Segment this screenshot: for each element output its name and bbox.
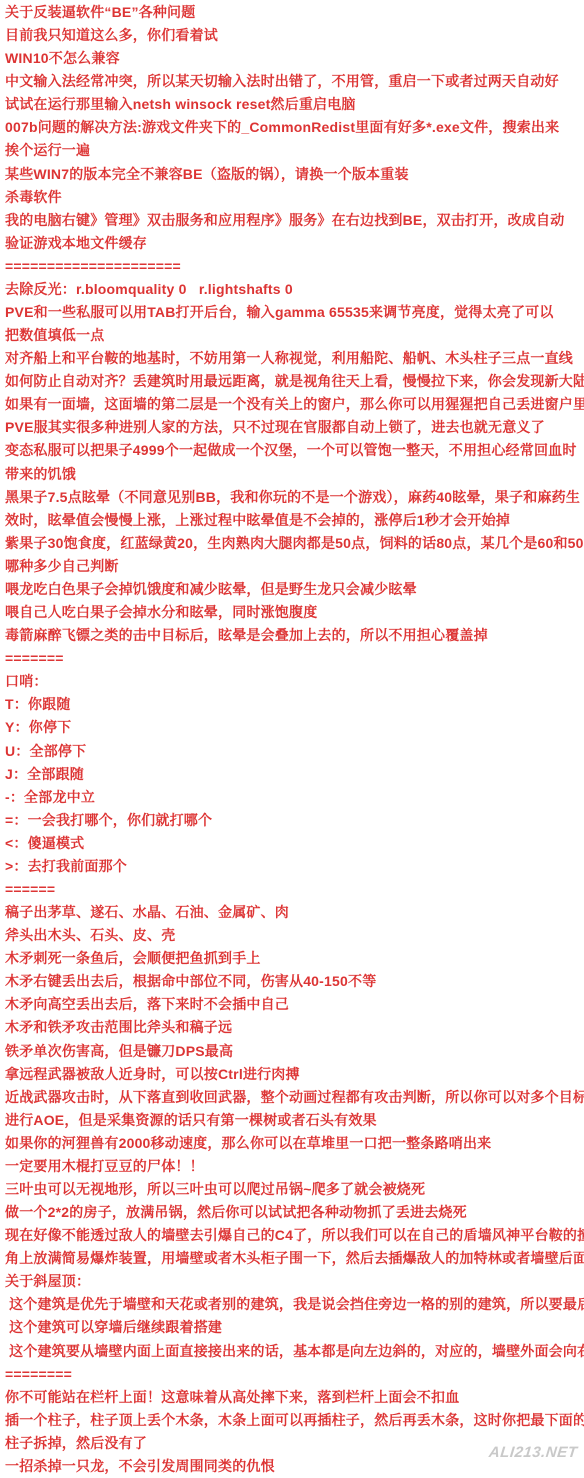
text-line: ====== [5, 878, 584, 901]
text-line: 挨个运行一遍 [5, 139, 584, 162]
text-line: 拿远程武器被敌人近身时，可以按Ctrl进行肉搏 [5, 1063, 584, 1086]
ali213-watermark: ALI213.NET [488, 1444, 578, 1461]
text-line: <：傻逼模式 [5, 832, 584, 855]
text-line: U：全部停下 [5, 740, 584, 763]
text-line: 关于反装逼软件“BE”各种问题 [5, 1, 584, 24]
text-line: PVE服其实很多种进别人家的方法，只不过现在官服都自动上锁了，进去也就无意义了 [5, 416, 584, 439]
text-line: 变态私服可以把果子4999个一起做成一个汉堡，一个可以管饱一整天，不用担心经常回… [5, 439, 584, 462]
text-line: 木矛和铁矛攻击范围比斧头和稿子远 [5, 1016, 584, 1039]
text-line: 关于斜屋顶： [5, 1270, 584, 1293]
text-line: 黑果子7.5点眩晕（不同意见别BB，我和你玩的不是一个游戏），麻药40眩晕，果子… [5, 486, 584, 509]
text-line: 木矛右键丢出去后，根据命中部位不同，伤害从40-150不等 [5, 970, 584, 993]
text-line: 007b问题的解决方法:游戏文件夹下的_CommonRedist里面有好多*.e… [5, 116, 584, 139]
text-line: 杀毒软件 [5, 186, 584, 209]
text-line: 目前我只知道这么多，你们看着试 [5, 24, 584, 47]
text-line: 喂自己人吃白果子会掉水分和眩晕，同时涨饱腹度 [5, 601, 584, 624]
text-line: 去除反光：r.bloomquality 0 r.lightshafts 0 [5, 278, 584, 301]
text-line: 稿子出茅草、遂石、水晶、石油、金属矿、肉 [5, 901, 584, 924]
text-line: 进行AOE，但是采集资源的话只有第一棵树或者石头有效果 [5, 1109, 584, 1132]
text-line: ===================== [5, 255, 584, 278]
text-line: ======== [5, 1363, 584, 1386]
text-line: 铁矛单次伤害高，但是镰刀DPS最高 [5, 1040, 584, 1063]
text-lines: 关于反装逼软件“BE”各种问题目前我只知道这么多，你们看着试WIN10不怎么兼容… [5, 1, 584, 1478]
text-line: 哪种多少自己判断 [5, 555, 584, 578]
text-line: 现在好像不能透过敌人的墙壁去引爆自己的C4了，所以我们可以在自己的盾墙风神平台鞍… [5, 1224, 584, 1247]
text-line: 做一个2*2的房子，放满吊锅，然后你可以试试把各种动物抓了丢进去烧死 [5, 1201, 584, 1224]
text-line: J：全部跟随 [5, 763, 584, 786]
text-line: 角上放满简易爆炸装置，用墙壁或者木头柜子围一下，然后去插爆敌人的加特林或者墙壁后… [5, 1247, 584, 1270]
text-line: T：你跟随 [5, 693, 584, 716]
text-line: 一定要用木棍打豆豆的尸体！！ [5, 1155, 584, 1178]
text-line: 你不可能站在栏杆上面！这意味着从高处摔下来，落到栏杆上面会不扣血 [5, 1386, 584, 1409]
text-line: 中文输入法经常冲突，所以某天切输入法时出错了，不用管，重启一下或者过两天自动好 [5, 70, 584, 93]
text-line: 试试在运行那里输入netsh winsock reset然后重启电脑 [5, 93, 584, 116]
text-line: 紫果子30饱食度，红蓝绿黄20，生肉熟肉大腿肉都是50点，饲料的话80点，某几个… [5, 532, 584, 555]
text-line: 对齐船上和平台鞍的地基时，不妨用第一人称视觉，利用船陀、船帆、木头柱子三点一直线 [5, 347, 584, 370]
text-line: =：一会我打哪个，你们就打哪个 [5, 809, 584, 832]
text-line: 三叶虫可以无视地形，所以三叶虫可以爬过吊锅~爬多了就会被烧死 [5, 1178, 584, 1201]
text-line: 口哨： [5, 670, 584, 693]
text-line: 如果有一面墙，这面墙的第二层是一个没有关上的窗户，那么你可以用猩猩把自己丢进窗户… [5, 393, 584, 416]
text-line: PVE和一些私服可以用TAB打开后台，输入gamma 65535来调节亮度，觉得… [5, 301, 584, 324]
guide-document: 关于反装逼软件“BE”各种问题目前我只知道这么多，你们看着试WIN10不怎么兼容… [5, 1, 584, 1478]
text-line: 这个建筑可以穿墙后继续跟着搭建 [5, 1316, 584, 1339]
text-line: WIN10不怎么兼容 [5, 47, 584, 70]
text-line: >：去打我前面那个 [5, 855, 584, 878]
text-line: 毒箭麻醉飞镖之类的击中目标后，眩晕是会叠加上去的，所以不用担心覆盖掉 [5, 624, 584, 647]
text-line: 这个建筑要从墙壁内面上面直接接出来的话，基本都是向左边斜的，对应的，墙壁外面会向… [5, 1340, 584, 1363]
text-line: 木矛刺死一条鱼后，会顺便把鱼抓到手上 [5, 947, 584, 970]
text-line: 木矛向高空丢出去后，落下来时不会插中自己 [5, 993, 584, 1016]
text-line: ======= [5, 647, 584, 670]
text-line: 如果你的河狸兽有2000移动速度，那么你可以在草堆里一口把一整条路哨出来 [5, 1132, 584, 1155]
text-line: 验证游戏本地文件缓存 [5, 232, 584, 255]
text-line: 如何防止自动对齐？丢建筑时用最远距离，就是视角往天上看，慢慢拉下来，你会发现新大… [5, 370, 584, 393]
text-line: 把数值填低一点 [5, 324, 584, 347]
text-line: 效时，眩晕值会慢慢上涨，上涨过程中眩晕值是不会掉的，涨停后1秒才会开始掉 [5, 509, 584, 532]
text-line: 我的电脑右键》管理》双击服务和应用程序》服务》在右边找到BE，双击打开，改成自动 [5, 209, 584, 232]
text-line: 带来的饥饿 [5, 463, 584, 486]
text-line: -：全部龙中立 [5, 786, 584, 809]
text-line: Y：你停下 [5, 716, 584, 739]
text-line: 插一个柱子，柱子顶上丢个木条，木条上面可以再插柱子，然后再丢木条，这时你把最下面… [5, 1409, 584, 1432]
text-line: 喂龙吃白色果子会掉饥饿度和减少眩晕，但是野生龙只会减少眩晕 [5, 578, 584, 601]
text-line: 近战武器攻击时，从下落直到收回武器，整个动画过程都有攻击判断，所以你可以对多个目… [5, 1086, 584, 1109]
text-line: 某些WIN7的版本完全不兼容BE（盗版的锅），请换一个版本重装 [5, 163, 584, 186]
text-line: 这个建筑是优先于墙壁和天花或者别的建筑，我是说会挡住旁边一格的别的建筑，所以要最… [5, 1293, 584, 1316]
text-line: 斧头出木头、石头、皮、壳 [5, 924, 584, 947]
